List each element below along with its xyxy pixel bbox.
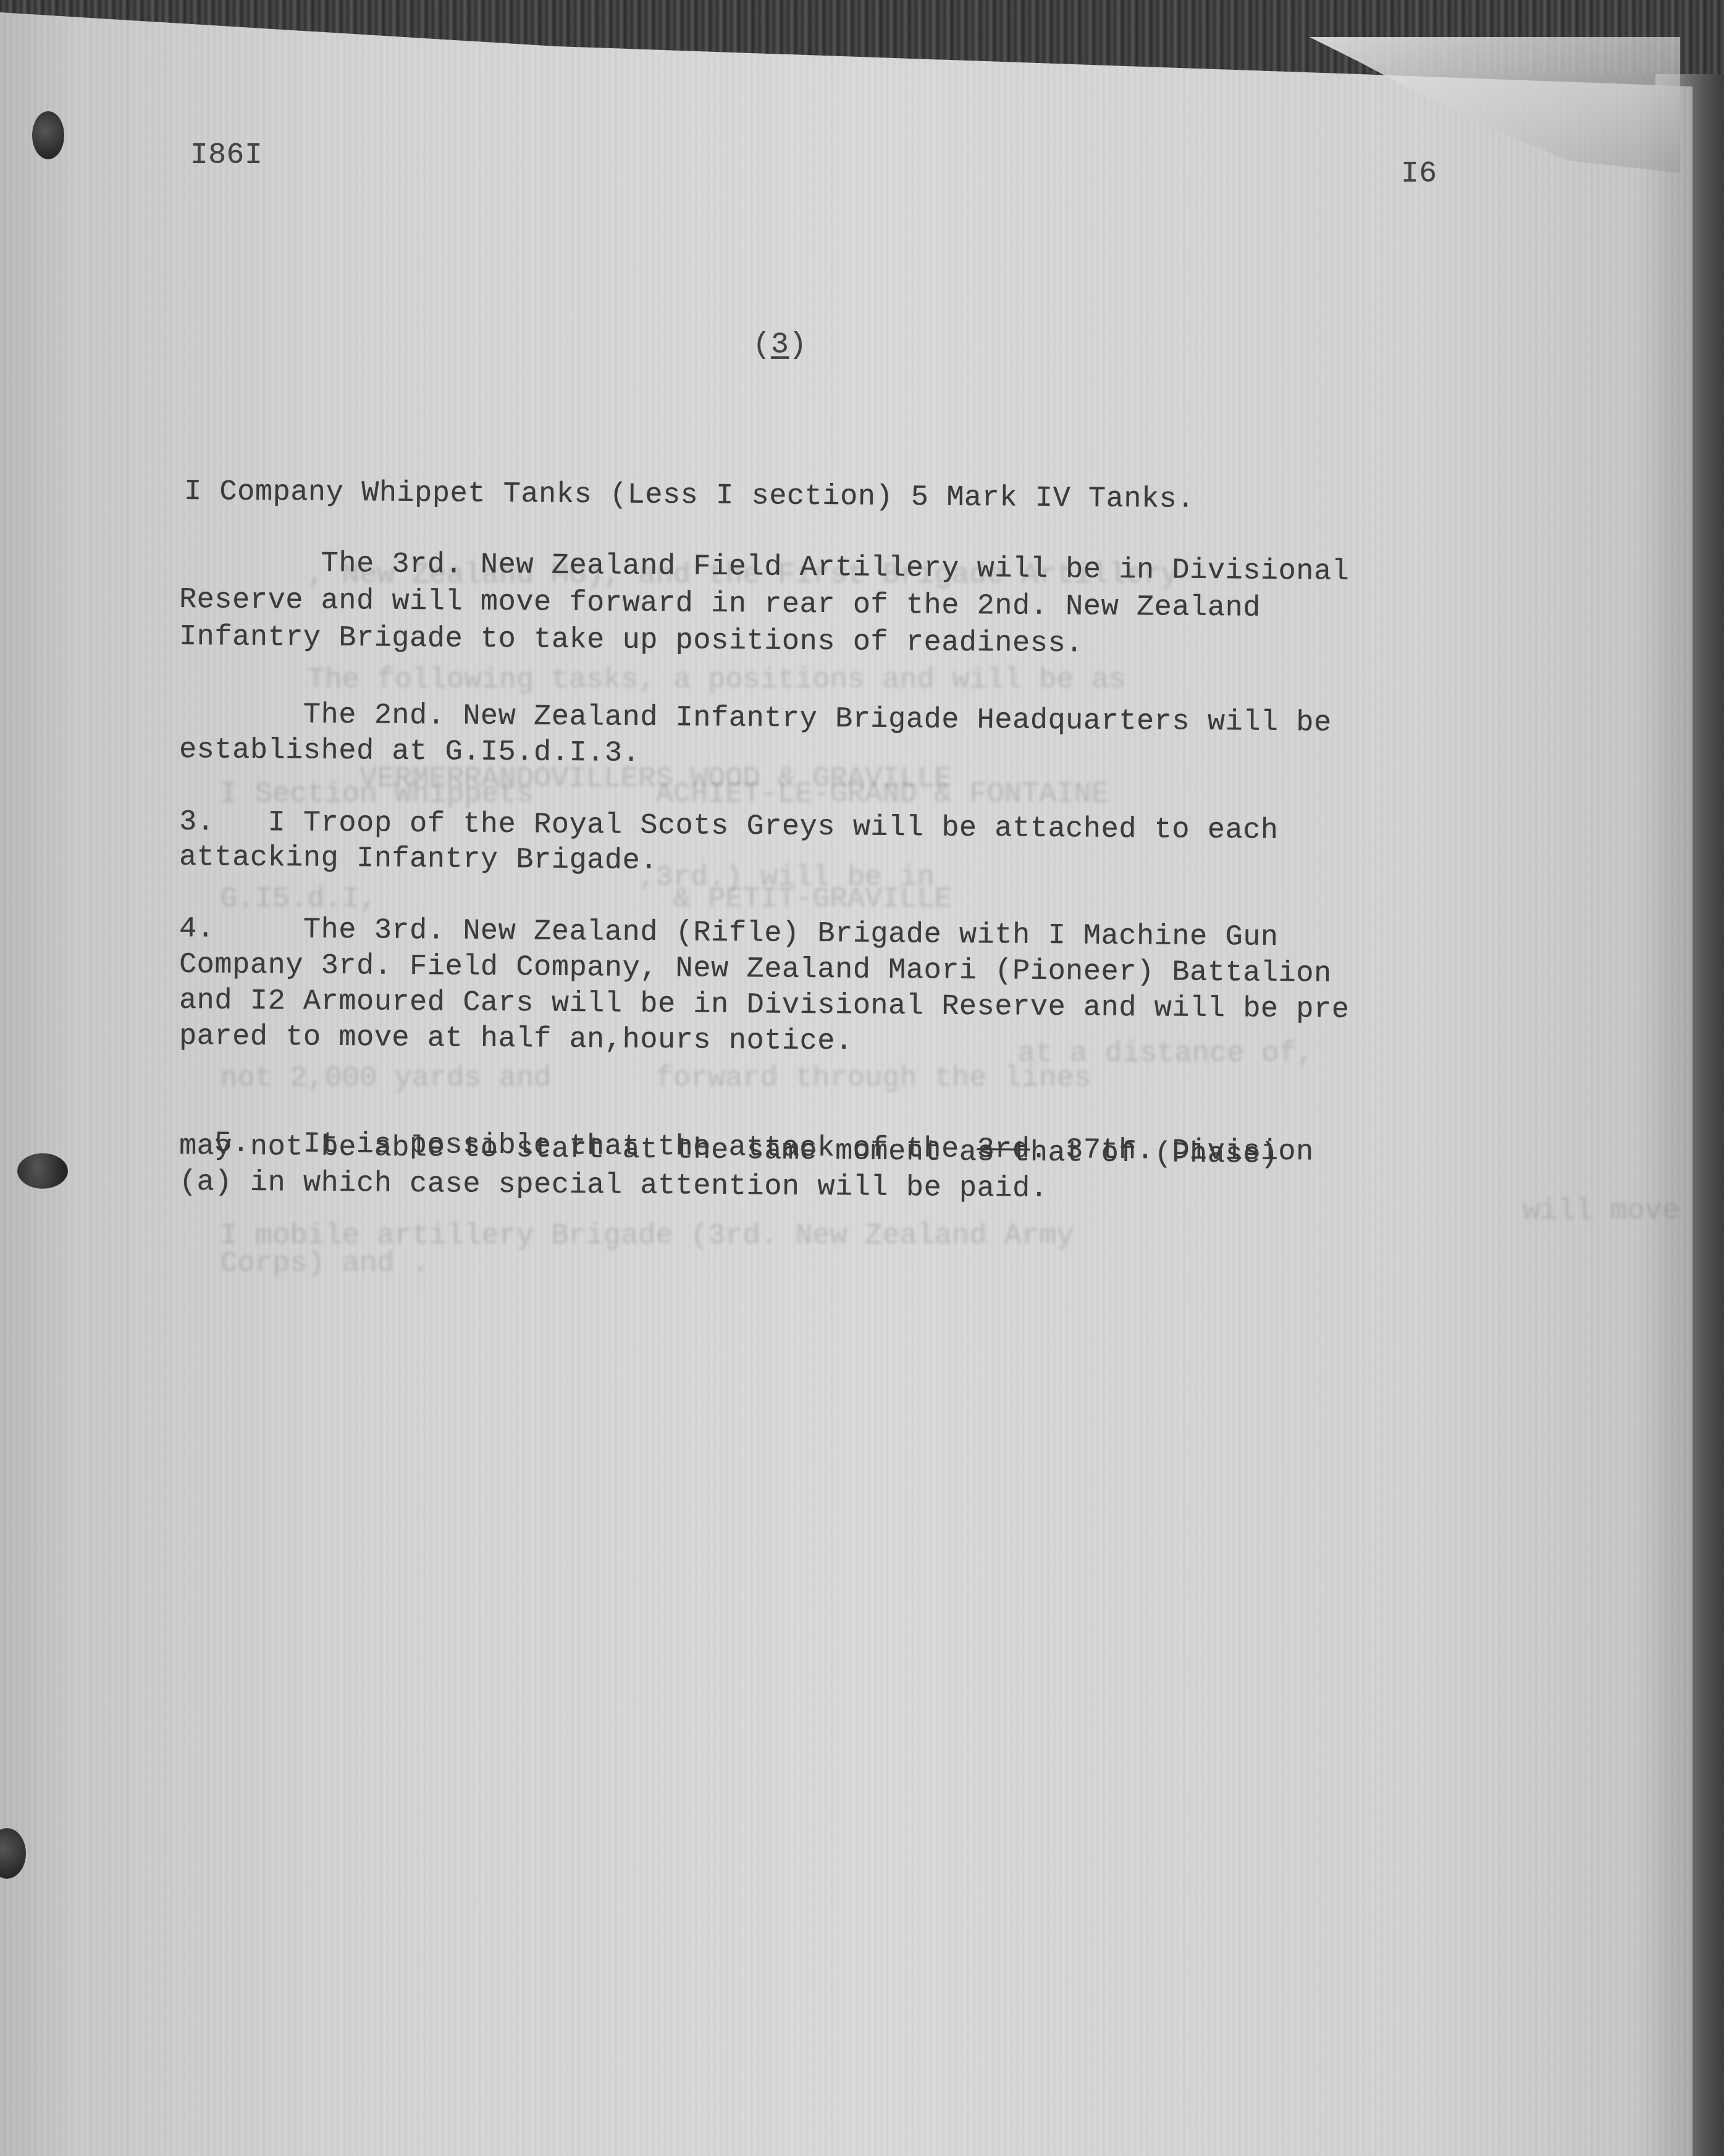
bleed-through-line: Corps) and .: [185, 1248, 429, 1280]
page-number: I6: [1401, 157, 1437, 191]
section-marker-close: ): [789, 329, 807, 362]
bleed-through-line: G.I5.d.I, & PETIT-GRAVILLE: [185, 883, 952, 916]
file-number: I86I: [190, 139, 263, 172]
text-line: (a) in which case special attention will…: [179, 1166, 1048, 1206]
punch-hole-top: [32, 111, 64, 159]
section-marker-open: (: [753, 329, 771, 362]
punch-hole-middle: [17, 1153, 68, 1189]
section-marker: (3): [717, 295, 807, 362]
bleed-through-line: not 2,000 yards and forward through the …: [185, 1062, 1091, 1095]
text-line: attacking Infantry Brigade.: [179, 841, 658, 878]
bleed-through-line: The following tasks, a positions and wil…: [185, 664, 1126, 697]
text-line: established at G.I5.d.I.3.: [179, 734, 641, 770]
bleed-through-line: I Section Whippets ACHIET-LE-GRAND & FON…: [185, 778, 1109, 811]
text-line: pared to move at half an,hours notice.: [179, 1020, 853, 1059]
section-number: 3: [771, 329, 789, 362]
